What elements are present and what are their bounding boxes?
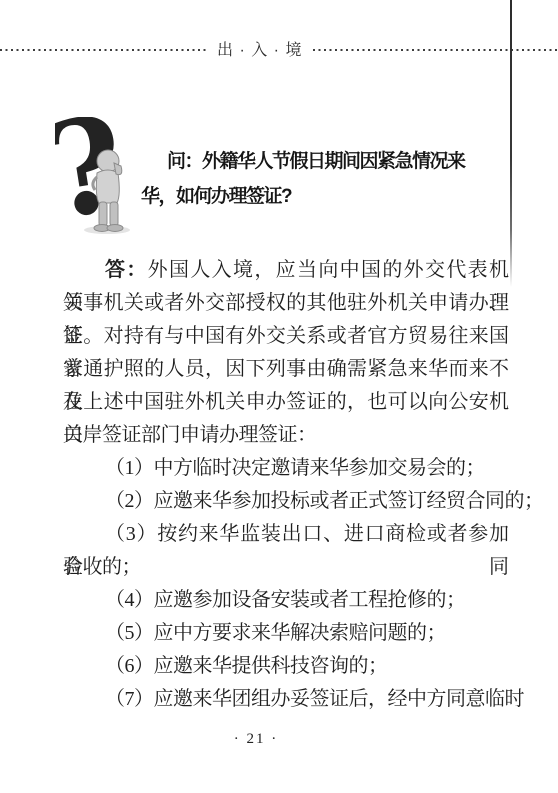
- question-block: ? 问：外籍华人节假日期间因紧急情况来 华，如何办理签证?: [55, 117, 503, 235]
- answer-body: 答：外国人入境，应当向中国的外交代表机关、领事机关或者外交部授权的其他驻外机关申…: [63, 254, 509, 716]
- section-title: 出 · 入 · 境: [206, 37, 313, 60]
- body-line: （7）应邀来华团组办妥签证后，经中方同意临时: [63, 683, 509, 716]
- body-line: （6）应邀来华提供科技咨询的；: [63, 650, 509, 683]
- book-page: 出 · 入 · 境 ? 问：外籍华人节假日期间因紧急: [0, 0, 558, 793]
- page-number: · 21 ·: [0, 731, 512, 748]
- body-line: 普通护照的人员，因下列事由确需紧急来华而来不及: [63, 353, 509, 386]
- svg-text:?: ?: [55, 117, 135, 235]
- body-line: 口岸签证部门申请办理签证：: [63, 419, 509, 452]
- body-line: 在上述中国驻外机关申办签证的，也可以向公安机关: [63, 386, 509, 419]
- page-edge-scan-line: [510, 0, 512, 287]
- body-line: （5）应中方要求来华解决索赔问题的；: [63, 617, 509, 650]
- question-mark-thinker-icon: ?: [55, 117, 141, 235]
- header-rule-right: [313, 49, 558, 51]
- body-line: 答：外国人入境，应当向中国的外交代表机关、: [63, 254, 509, 287]
- header-rule-left: [0, 49, 206, 51]
- body-line: 领事机关或者外交部授权的其他驻外机关申请办理签: [63, 287, 509, 320]
- body-line: 证。对持有与中国有外交关系或者官方贸易往来国家: [63, 320, 509, 353]
- answer-label: 答：: [105, 259, 148, 281]
- body-line: （1）中方临时决定邀请来华参加交易会的；: [63, 452, 509, 485]
- body-line: （4）应邀参加设备安装或者工程抢修的；: [63, 584, 509, 617]
- body-line: （2）应邀来华参加投标或者正式签订经贸合同的；: [63, 485, 509, 518]
- page-header: 出 · 入 · 境: [0, 38, 558, 61]
- body-line: （3）按约来华监装出口、进口商检或者参加合同: [63, 518, 509, 551]
